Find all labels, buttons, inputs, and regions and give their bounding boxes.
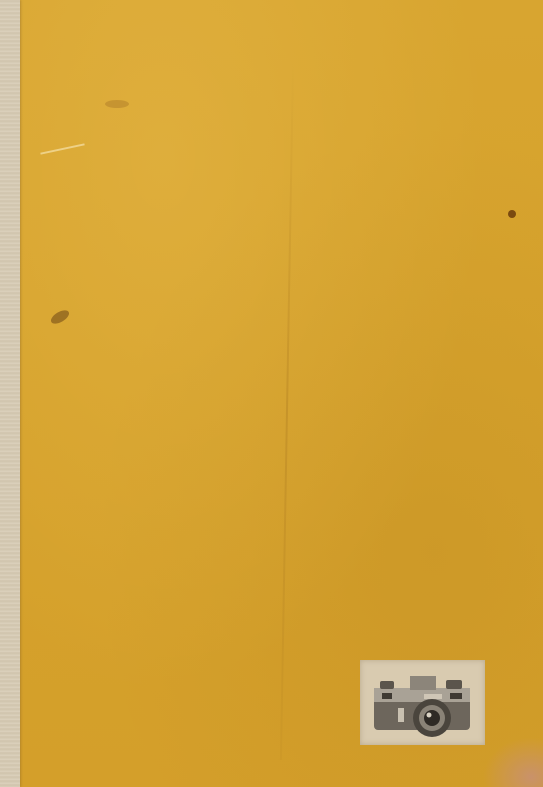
stain-spot xyxy=(105,100,129,108)
camera-icon xyxy=(368,666,478,741)
stain-spot xyxy=(508,210,516,218)
camera-label xyxy=(360,660,485,745)
cover-scratch xyxy=(40,143,84,154)
book-spine xyxy=(0,0,20,787)
stain-spot xyxy=(49,308,71,327)
cover-crease xyxy=(280,60,294,760)
book-cover xyxy=(0,0,543,787)
corner-wear xyxy=(483,737,543,787)
